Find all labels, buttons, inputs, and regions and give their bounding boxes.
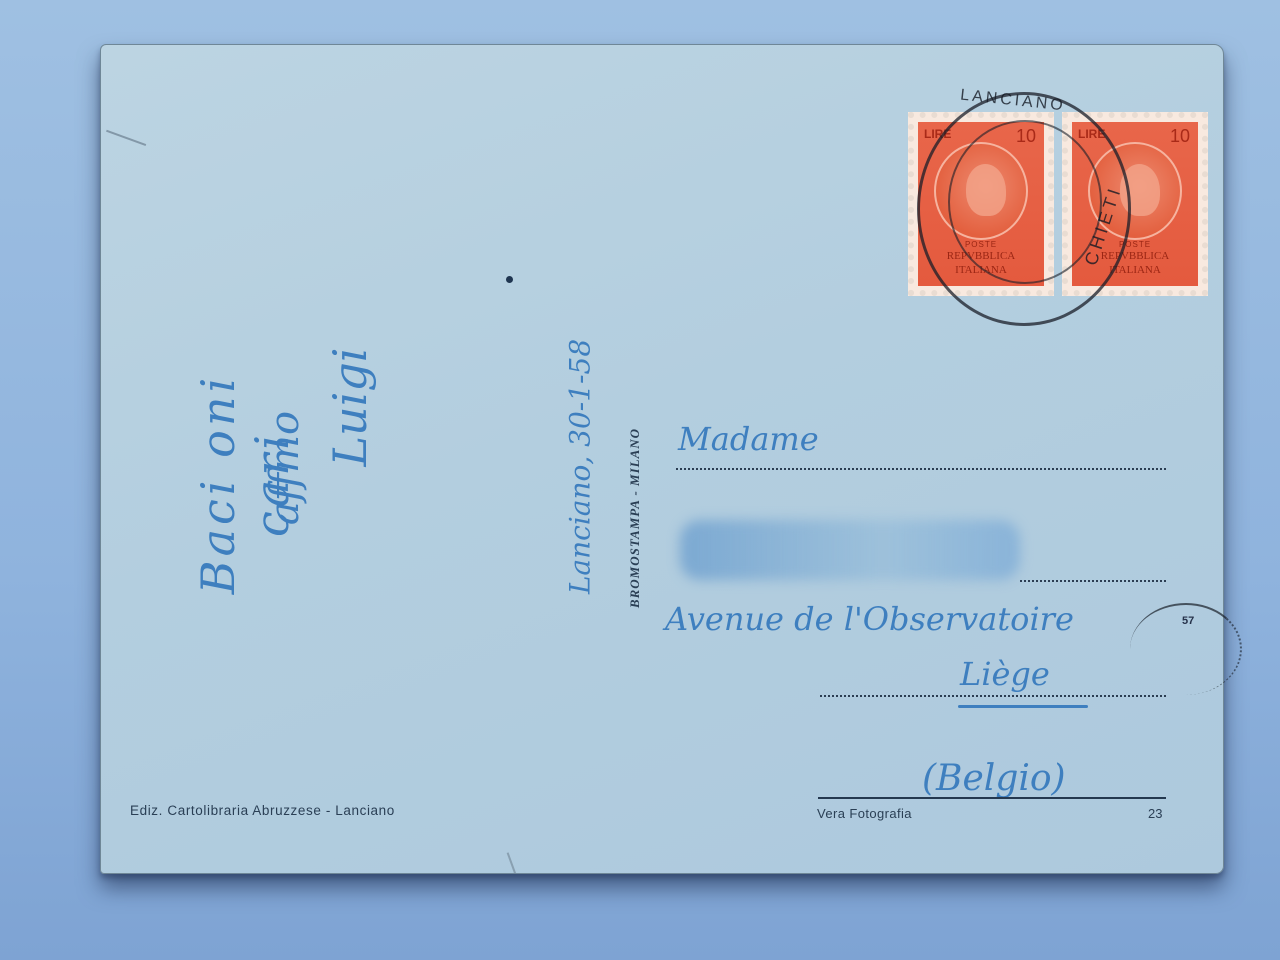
address-dotted-line-1 (676, 468, 1166, 470)
redacted-name (680, 520, 1020, 580)
card-number: 23 (1148, 806, 1162, 821)
footer-rule (818, 797, 1166, 799)
address-line-5: (Belgio) (922, 758, 1066, 799)
place-date: Lanciano, 30-1-58 (564, 317, 597, 617)
signature: Luigi (323, 257, 377, 557)
address-line-1: Madame (678, 420, 819, 458)
postmark-secondary-text: 57 (1182, 615, 1194, 627)
printer-imprint: BROMOSTAMPA - MILANO (627, 378, 643, 658)
underline-stroke (958, 705, 1088, 708)
greeting-line-2: affmo (262, 358, 308, 578)
address-line-3: Avenue de l'Observatoire (665, 600, 1074, 638)
address-dotted-line-2 (1020, 580, 1166, 582)
publisher-credit: Ediz. Cartolibraria Abruzzese - Lanciano (130, 803, 395, 818)
postmark-inner-ring (948, 120, 1102, 284)
address-line-4: Liège (960, 655, 1050, 693)
photo-type-label: Vera Fotografia (817, 806, 912, 821)
stamp-value: 10 (1170, 126, 1190, 147)
address-dotted-line-3 (820, 695, 1166, 697)
ink-spot (506, 276, 513, 283)
